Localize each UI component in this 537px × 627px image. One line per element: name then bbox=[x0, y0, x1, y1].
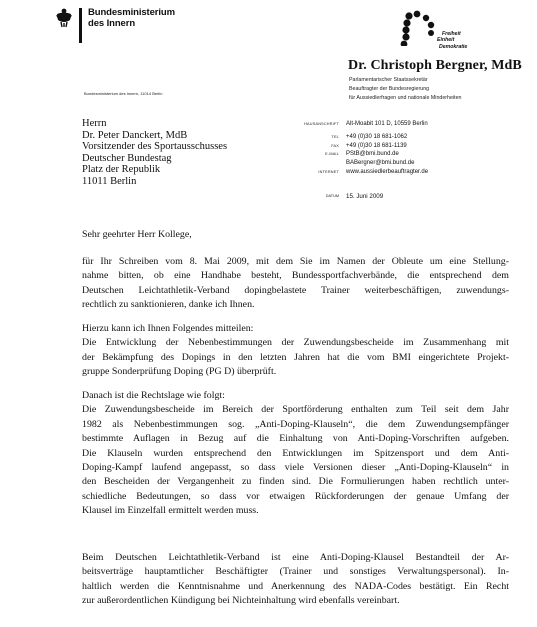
contact-label: TEL bbox=[297, 133, 346, 142]
paragraph-line: Hierzu kann ich Ihnen Folgendes mitteile… bbox=[82, 322, 509, 336]
motto: Freiheit Einheit Demokratie bbox=[442, 31, 467, 50]
paragraph-line: nahme bitten, ob eine Handhabe besteht, … bbox=[82, 269, 509, 283]
logo-divider bbox=[79, 8, 82, 43]
paragraph-line: zur außerordentlichen Kündigung bei Nich… bbox=[82, 594, 509, 608]
paragraph-4: Beim Deutschen Leichtathletik-Verband is… bbox=[82, 551, 509, 609]
email-link[interactable]: PStB@bmi.bund.de bbox=[346, 150, 399, 159]
contact-label: FAX bbox=[297, 142, 346, 151]
recipient-line: Deutscher Bundestag bbox=[82, 153, 227, 165]
paragraph-line: für Ihr Schreiben vom 8. Mai 2009, mit d… bbox=[82, 255, 509, 269]
date-row: DATUM 15. Juni 2009 bbox=[297, 193, 383, 200]
motto-line: Demokratie bbox=[439, 44, 467, 50]
ministry-name-line: des Innern bbox=[88, 18, 175, 29]
paragraph-line: Die Zuwendungsbescheide im Bereich der S… bbox=[82, 403, 509, 417]
paragraph-line: den Bescheiden der Vergangenheit zu find… bbox=[82, 475, 509, 489]
contact-address: HAUSANSCHRIFT Alt-Moabit 101 D, 10559 Be… bbox=[297, 120, 428, 129]
salutation-text: Sehr geehrter Herr Kollege, bbox=[82, 228, 509, 242]
paragraph-line: Danach ist die Rechtslage wie folgt: bbox=[82, 389, 509, 403]
paragraph-line: Deutschen Leichtathletik-Verband dopingb… bbox=[82, 284, 509, 298]
sender-return-line: Bundesministerium des Innern, 11014 Berl… bbox=[84, 91, 162, 96]
contact-block: HAUSANSCHRIFT Alt-Moabit 101 D, 10559 Be… bbox=[297, 120, 428, 177]
paragraph-line: rechtlich zu sanktionieren, danke ich Ih… bbox=[82, 298, 509, 312]
date-label: DATUM bbox=[297, 193, 346, 200]
signer-role: Beauftragter der Bundesregierung bbox=[349, 85, 462, 94]
paragraph-line: der Bekämpfung des Dopings in den letzte… bbox=[82, 351, 509, 365]
ministry-name-line: Bundesministerium bbox=[88, 7, 175, 18]
recipient-line: 11011 Berlin bbox=[82, 176, 227, 188]
recipient-line: Vorsitzender des Sportausschusses bbox=[82, 141, 227, 153]
paragraph-line: gruppe Sonderprüfung Doping (PG D) überp… bbox=[82, 365, 509, 379]
email-link[interactable]: BABergner@bmi.bund.de bbox=[346, 159, 414, 168]
paragraph-line: Die Entwicklung der Nebenbestimmungen de… bbox=[82, 336, 509, 350]
paragraph-line: bestimmte Auflagen in Bezug auf die Einh… bbox=[82, 432, 509, 446]
contact-label: E-MAIL bbox=[297, 150, 346, 159]
contact-label: HAUSANSCHRIFT bbox=[297, 120, 346, 129]
paragraph-1: für Ihr Schreiben vom 8. Mai 2009, mit d… bbox=[82, 255, 509, 313]
signer-roles: Parlamentarischer Staatssekretär Beauftr… bbox=[349, 76, 462, 103]
recipient-line: Herrn bbox=[82, 118, 227, 130]
recipient-address: Herrn Dr. Peter Danckert, MdB Vorsitzend… bbox=[82, 118, 227, 188]
contact-fax: FAX +49 (0)30 18 681-1139 bbox=[297, 142, 428, 151]
paragraph-line: 1982 als Nebenbestimmungen sog. „Anti-Do… bbox=[82, 418, 509, 432]
date-value: 15. Juni 2009 bbox=[346, 193, 383, 200]
recipient-line: Platz der Republik bbox=[82, 164, 227, 176]
signer-role: für Aussiedlerfragen und nationale Minde… bbox=[349, 94, 462, 103]
website-link[interactable]: www.aussiedlerbeauftragter.de bbox=[346, 168, 428, 177]
paragraph-line: haltlich werden die Kenntnisnahme und An… bbox=[82, 580, 509, 594]
recipient-line: Dr. Peter Danckert, MdB bbox=[82, 130, 227, 142]
paragraph-line: Beim Deutschen Leichtathletik-Verband is… bbox=[82, 551, 509, 565]
contact-phone: TEL +49 (0)30 18 681-1062 bbox=[297, 133, 428, 142]
federal-eagle-icon bbox=[56, 8, 72, 28]
signer-name: Dr. Christoph Bergner, MdB bbox=[348, 58, 522, 74]
salutation: Sehr geehrter Herr Kollege, bbox=[82, 228, 509, 242]
paragraph-line: Die Klauseln wurden entsprechend den Ent… bbox=[82, 447, 509, 461]
contact-label: INTERNET bbox=[297, 168, 346, 177]
contact-email: E-MAIL PStB@bmi.bund.de bbox=[297, 150, 428, 159]
contact-label bbox=[297, 159, 346, 168]
contact-value: Alt-Moabit 101 D, 10559 Berlin bbox=[346, 120, 428, 129]
paragraph-line: schiedliche Bedeutungen, so dass vor etw… bbox=[82, 490, 509, 504]
contact-internet: INTERNET www.aussiedlerbeauftragter.de bbox=[297, 168, 428, 177]
paragraph-line: Klausel im Einzelfall ermittelt werden m… bbox=[82, 504, 509, 518]
paragraph-line: beitsverträge hauptamtlicher Beschäftigt… bbox=[82, 565, 509, 579]
ministry-name: Bundesministerium des Innern bbox=[88, 7, 175, 29]
contact-value: +49 (0)30 18 681-1062 bbox=[346, 133, 407, 142]
paragraph-3: Danach ist die Rechtslage wie folgt:Die … bbox=[82, 389, 509, 519]
contact-value: +49 (0)30 18 681-1139 bbox=[346, 142, 407, 151]
contact-email-secondary: BABergner@bmi.bund.de bbox=[297, 159, 428, 168]
paragraph-2: Hierzu kann ich Ihnen Folgendes mitteile… bbox=[82, 322, 509, 380]
signer-role: Parlamentarischer Staatssekretär bbox=[349, 76, 462, 85]
paragraph-line: Doping-Kampf laufend angepasst, so dass … bbox=[82, 461, 509, 475]
